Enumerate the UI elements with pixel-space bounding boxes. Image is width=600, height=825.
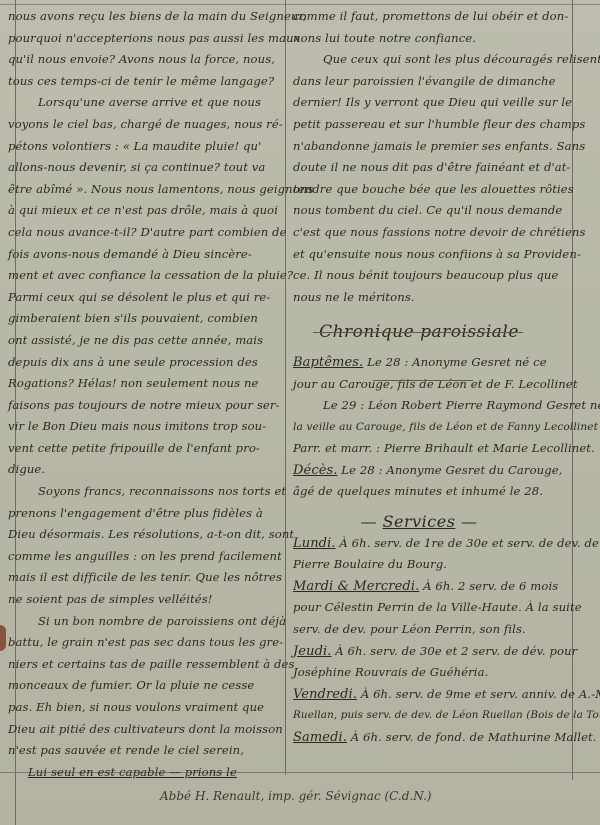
text-line: À 6h. 2 serv. de 6 mois	[423, 579, 558, 593]
text-line: digue.	[8, 459, 286, 481]
service-day: Samedi.	[293, 730, 347, 745]
text-line: c'est que nous fassions notre devoir de …	[293, 222, 545, 244]
text-line: nous tombent du ciel. Ce qu'il nous dema…	[293, 200, 545, 222]
text-line: tendre que bouche bée que les alouettes …	[293, 179, 545, 201]
text-line: ont assisté, je ne dis pas cette année, …	[8, 330, 286, 352]
text-line: pas. Eh bien, si nous voulons vraiment q…	[8, 697, 286, 719]
text-line: Rogations? Hélas! non seulement nous ne	[8, 373, 286, 395]
text-line: Dieu ait pitié des cultivateurs dont la …	[8, 719, 286, 741]
text-line: Joséphine Rouvrais de Guéhéria.	[293, 662, 545, 684]
text-line: faisons pas toujours de notre mieux pour…	[8, 395, 286, 417]
text-line: la veille au Carouge, fils de Léon et de…	[293, 417, 545, 439]
service-entry: Lundi. À 6h. serv. de 1re de 30e et serv…	[293, 533, 545, 555]
text-line: ment et avec confiance la cessation de l…	[8, 265, 286, 287]
text-line: Parmi ceux qui se désolent le plus et qu…	[8, 287, 286, 309]
service-entry: Jeudi. À 6h. serv. de 30e et 2 serv. de …	[293, 641, 545, 663]
text-line: nons lui toute notre confiance.	[293, 28, 545, 50]
services-heading: — Services —	[293, 511, 545, 533]
service-day: Lundi.	[293, 536, 336, 551]
text-line: Le 28 : Anonyme Gesret du Carouge,	[341, 463, 562, 477]
text-line: vir le Bon Dieu mais nous imitons trop s…	[8, 416, 286, 438]
text-line: ce. Il nous bénit toujours beaucoup plus…	[293, 265, 545, 287]
text-line: jour au Carouge, fils de Léon et de F. L…	[293, 374, 545, 396]
text-line: être abîmé ». Nous nous lamentons, nous …	[8, 179, 286, 201]
service-entry: Samedi. À 6h. serv. de fond. de Mathurin…	[293, 727, 545, 749]
text-line: comme il faut, promettons de lui obéir e…	[293, 6, 545, 28]
text-line: pétons volontiers : « La maudite pluie! …	[8, 136, 286, 158]
text-line: battu, le grain n'est pas sec dans tous …	[8, 632, 286, 654]
service-entry: Mardi & Mercredi. À 6h. 2 serv. de 6 moi…	[293, 576, 545, 598]
text-line: Que ceux qui sont les plus découragés re…	[293, 49, 545, 71]
printer-imprint: Abbé H. Renault, imp. gér. Sévignac (C.d…	[160, 789, 490, 803]
text-line: Le 28 : Anonyme Gesret né ce	[367, 355, 547, 369]
text-line: fois avons-nous demandé à Dieu sincère-	[8, 244, 286, 266]
text-line: depuis dix ans à une seule procession de…	[8, 352, 286, 374]
text-line: allons-nous devenir, si ça continue? tou…	[8, 157, 286, 179]
service-entry: Vendredi. À 6h. serv. de 9me et serv. an…	[293, 684, 545, 706]
text-line: niers et certains tas de paille ressembl…	[8, 654, 286, 676]
baptemes-label: Baptêmes.	[293, 355, 363, 370]
text-line: doute il ne nous dit pas d'être fainéant…	[293, 157, 545, 179]
bulletin-page: nous avons reçu les biens de la main du …	[0, 0, 600, 825]
text-line: À 6h. serv. de 30e et 2 serv. de dév. po…	[335, 644, 577, 658]
text-line: qu'il nous envoie? Avons nous la force, …	[8, 49, 286, 71]
text-line: Pierre Boulaire du Bourg.	[293, 554, 545, 576]
text-line: À 6h. serv. de 9me et serv. anniv. de A.…	[361, 687, 600, 701]
text-line: À 6h. serv. de 1re de 30e et serv. de de…	[339, 536, 599, 550]
services-title: Services	[383, 512, 456, 531]
text-line: serv. de dev. pour Léon Perrin, son fils…	[293, 619, 545, 641]
text-line: pour Célestin Perrin de la Ville-Haute. …	[293, 597, 545, 619]
text-line: Parr. et marr. : Pierre Brihault et Mari…	[293, 438, 545, 460]
text-line: monceaux de fumier. Or la pluie ne cesse	[8, 675, 286, 697]
deces-entry: Décès. Le 28 : Anonyme Gesret du Carouge…	[293, 460, 545, 482]
text-line: Lui seul en est capable — prions le	[8, 762, 286, 784]
text-line: voyons le ciel bas, chargé de nuages, no…	[8, 114, 286, 136]
text-line: mais il est difficile de les tenir. Que …	[8, 567, 286, 589]
service-day: Vendredi.	[293, 687, 357, 702]
text-line: n'est pas sauvée et rende le ciel serein…	[8, 740, 286, 762]
text-line: pourquoi n'accepterions nous pas aussi l…	[8, 28, 286, 50]
text-line: dernier! Ils y verront que Dieu qui veil…	[293, 92, 545, 114]
baptemes-entry: Baptêmes. Le 28 : Anonyme Gesret né ce	[293, 352, 545, 374]
top-rule	[0, 4, 600, 5]
text-line: Si un bon nombre de paroissiens ont déjà	[8, 611, 286, 633]
text-line: À 6h. serv. de fond. de Mathurine Mallet…	[351, 730, 597, 744]
left-column: nous avons reçu les biens de la main du …	[8, 6, 286, 783]
text-line: gimberaient bien s'ils pouvaient, combie…	[8, 308, 286, 330]
text-line: Soyons francs, reconnaissons nos torts e…	[8, 481, 286, 503]
deces-label: Décès.	[293, 463, 338, 478]
text-line: Lorsqu'une averse arrive et que nous	[8, 92, 286, 114]
text-line: Ruellan, puis serv. de dev. de Léon Ruel…	[293, 705, 545, 727]
chronicle-heading: Chronique paroissiale	[293, 322, 545, 344]
heading-rule-bottom	[373, 380, 473, 381]
text-line: vent cette petite fripouille de l'enfant…	[8, 438, 286, 460]
text-line: ne soient pas de simples velléités!	[8, 589, 286, 611]
text-line: et qu'ensuite nous nous confiions à sa P…	[293, 244, 545, 266]
text-line: petit passereau et sur l'humble fleur de…	[293, 114, 545, 136]
text-line: prenons l'engagement d'être plus fidèles…	[8, 503, 286, 525]
text-line: cela nous avance-t-il? D'autre part comb…	[8, 222, 286, 244]
margin-stain	[0, 625, 6, 651]
text-line: Dieu désormais. Les résolutions, a-t-on …	[8, 524, 286, 546]
text-line: à qui mieux et ce n'est pas drôle, mais …	[8, 200, 286, 222]
text-line: dans leur paroissien l'évangile de diman…	[293, 71, 545, 93]
right-column: comme il faut, promettons de lui obéir e…	[293, 6, 545, 749]
text-line: nous avons reçu les biens de la main du …	[8, 6, 286, 28]
text-line: nous ne le méritons.	[293, 287, 545, 309]
service-day: Mardi & Mercredi.	[293, 579, 419, 594]
heading-rule-top	[313, 332, 523, 333]
service-day: Jeudi.	[293, 644, 332, 659]
text-line: comme les anguilles : on les prend facil…	[8, 546, 286, 568]
text-line: âgé de quelques minutes et inhumé le 28.	[293, 481, 545, 503]
text-line: Le 29 : Léon Robert Pierre Raymond Gesre…	[293, 395, 545, 417]
text-line: n'abandonne jamais le premier ses enfant…	[293, 136, 545, 158]
text-line: tous ces temps-ci de tenir le même langa…	[8, 71, 286, 93]
